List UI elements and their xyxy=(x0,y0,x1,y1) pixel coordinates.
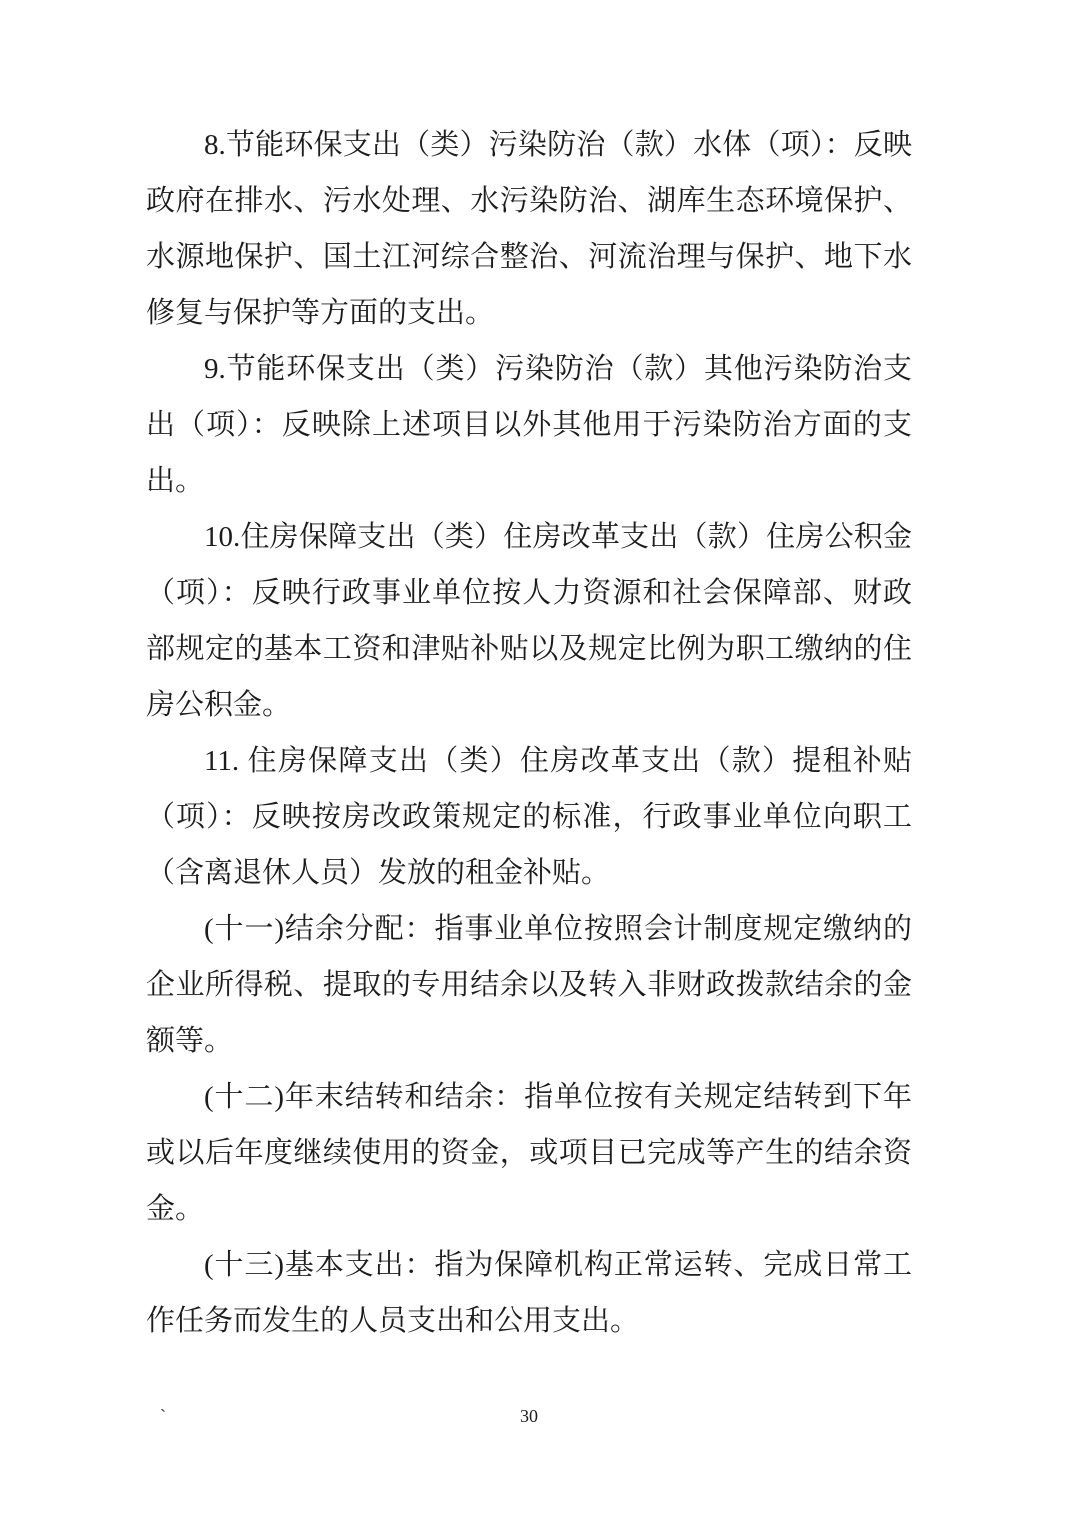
page-footer: ` 30 xyxy=(0,1400,1074,1440)
paragraph-item-8-energy-env-water: 8.节能环保支出（类）污染防治（款）水体（项）：反映 政府在排水、污水处理、水污… xyxy=(146,117,912,341)
paragraph-item-13cn-basic-expenditure: (十三)基本支出：指为保障机构正常运转、完成日常工作任务而发生的人员支出和公用支… xyxy=(146,1237,912,1349)
paragraph-item-12cn-year-end-carryover: (十二)年末结转和结余：指单位按有关规定结转到下年或以后年度继续使用的资金，或项… xyxy=(146,1069,912,1237)
paragraph-item-10-housing-fund: 10.住房保障支出（类）住房改革支出（款）住房公积金（项）：反映行政事业单位按人… xyxy=(146,509,912,733)
page-number: 30 xyxy=(146,1404,912,1428)
document-page: 8.节能环保支出（类）污染防治（款）水体（项）：反映 政府在排水、污水处理、水污… xyxy=(0,0,1074,1520)
paragraph-item-11-rent-subsidy: 11. 住房保障支出（类）住房改革支出（款）提租补贴（项）：反映按房改政策规定的… xyxy=(146,733,912,901)
document-body: 8.节能环保支出（类）污染防治（款）水体（项）：反映 政府在排水、污水处理、水污… xyxy=(146,117,912,1349)
paragraph-item-9-energy-env-other: 9.节能环保支出（类）污染防治（款）其他污染防治支出（项）：反映除上述项目以外其… xyxy=(146,341,912,509)
paragraph-item-11cn-surplus-distribution: (十一)结余分配：指事业单位按照会计制度规定缴纳的企业所得税、提取的专用结余以及… xyxy=(146,901,912,1069)
